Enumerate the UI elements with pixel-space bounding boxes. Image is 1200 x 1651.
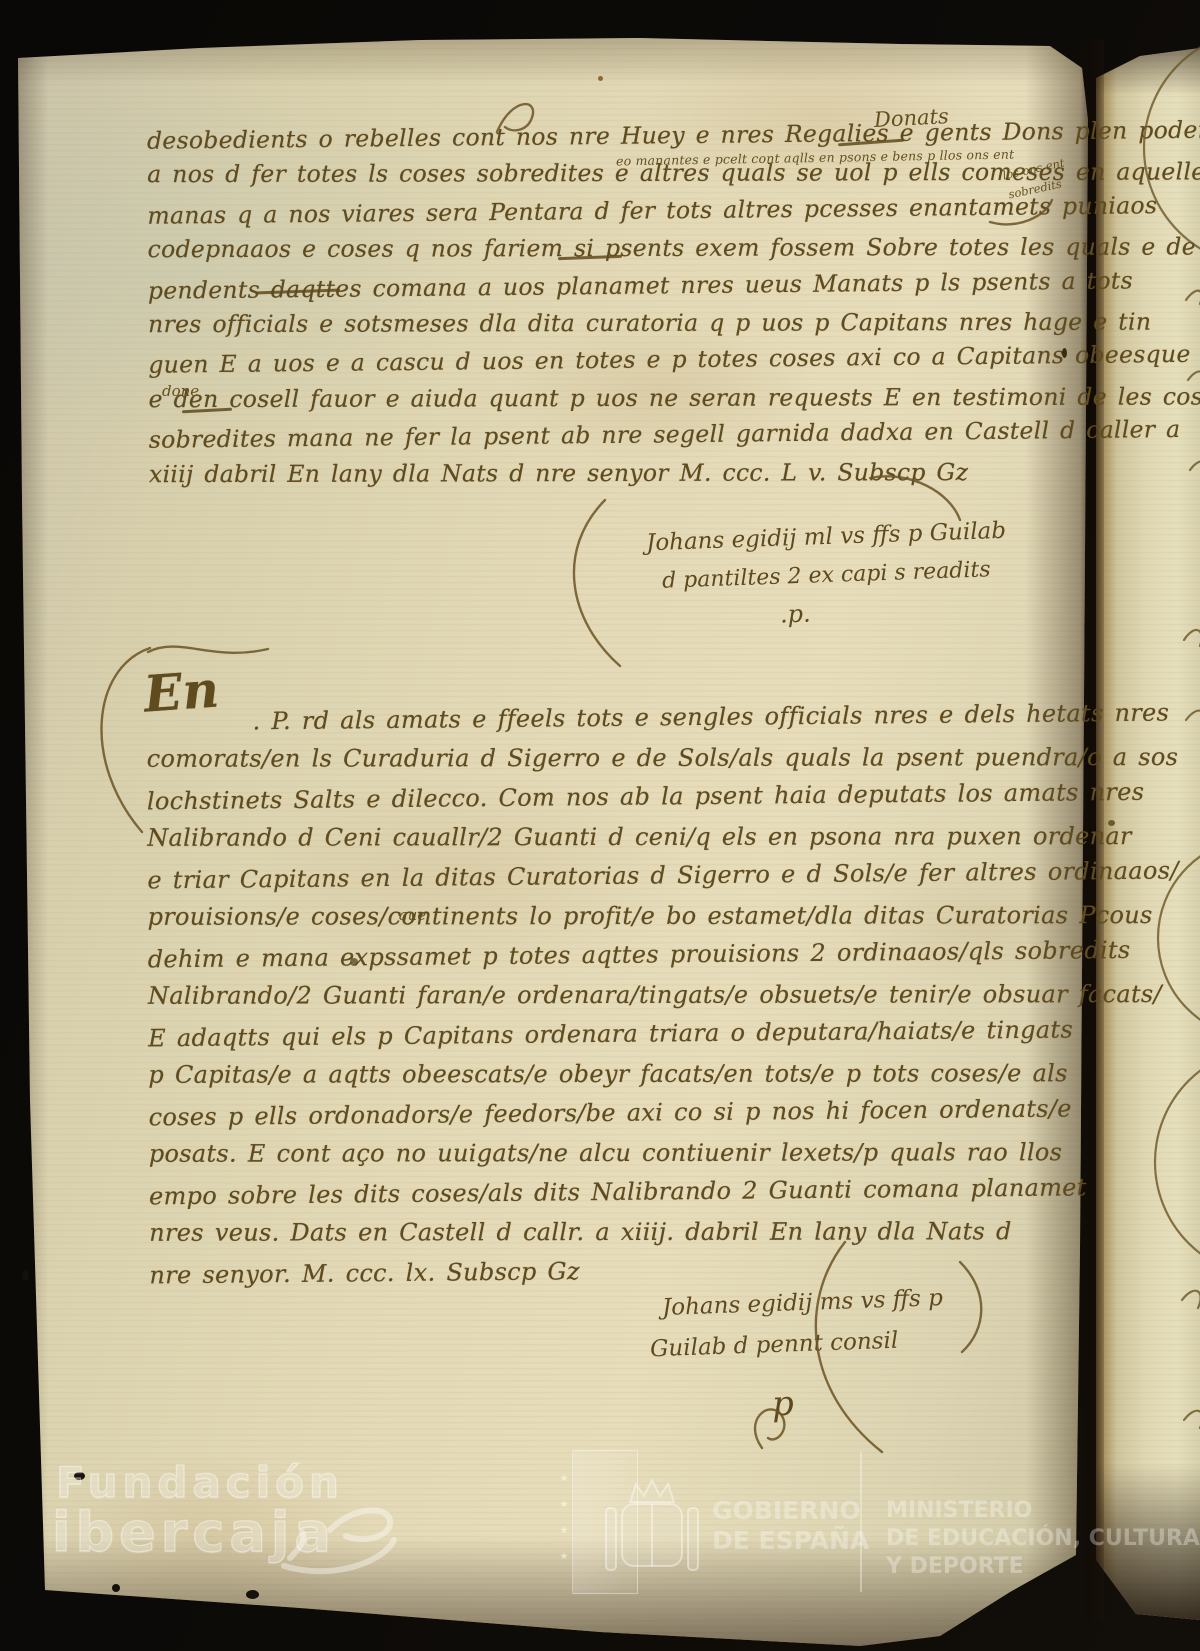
manuscript-line: E adaqtts qui els p Capitans ordenara tr…: [148, 1011, 1053, 1059]
interlinear-addition-donats: Donats: [873, 104, 949, 132]
manuscript-line: guen E a uos e a cascu d uos en totes e …: [148, 338, 1053, 385]
manuscript-line: nres officials e sotsmeses dla dita cura…: [148, 304, 1053, 344]
paragraph-2: . P. rd als amats e ffeels tots e sengle…: [146, 697, 1054, 1294]
ink-speck: [22, 1270, 29, 1281]
watermark-divider: [860, 1452, 862, 1592]
manuscript-line: coses p ells ordonadors/e feedors/be axi…: [148, 1090, 1053, 1138]
manuscript-line: comorats/en ls Curaduria d Sigerro e de …: [147, 738, 1052, 779]
manuscript-photo-scene: desobedients o rebelles cont nos nre Hue…: [0, 0, 1200, 1651]
ink-speck: [1108, 820, 1115, 826]
signature-2-paraph: p: [771, 1384, 794, 1425]
paragraph-1: desobedients o rebelles cont nos nre Hue…: [147, 115, 1054, 495]
manuscript-line: dehim e mana expssamet p totes aqttes pr…: [148, 932, 1053, 980]
ink-speck: [112, 1584, 120, 1592]
interlinear-addition-que: que: [398, 906, 426, 924]
manuscript-line: codepnaaos e coses q nos fariem si psent…: [148, 229, 1053, 269]
manuscript-line: sobredites mana ne fer la psent ab nre s…: [149, 413, 1054, 460]
ink-speck: [1062, 348, 1067, 358]
manuscript-line: e den cosell fauor e aiuda quant p uos n…: [149, 379, 1054, 419]
manuscript-line: xiiij dabril En lany dla Nats d nre seny…: [149, 453, 1054, 493]
manuscript-line: manas q a nos viares sera Pentara d fer …: [147, 188, 1052, 235]
manuscript-line: lochstinets Salts e dilecco. Com nos ab …: [147, 774, 1052, 822]
manuscript-line: pendents daqttes comana a uos planamet n…: [148, 263, 1053, 310]
manuscript-line: Nalibrando d Ceni cauallr/2 Guanti d cen…: [147, 817, 1052, 858]
manuscript-line: Nalibrando/2 Guanti faran/e ordenara/tin…: [148, 975, 1053, 1016]
interlinear-addition-done: done: [162, 382, 199, 400]
signature-1-paraph: .p.: [780, 599, 812, 628]
manuscript-line: empo sobre les dits coses/als dits Nalib…: [149, 1169, 1054, 1217]
gobierno-flag-box: [572, 1450, 638, 1594]
stain-dot: [598, 76, 603, 81]
manuscript-line: . P. rd als amats e ffeels tots e sengle…: [146, 695, 1051, 743]
manuscript-line: e triar Capitans en la ditas Curatorias …: [147, 853, 1052, 901]
manuscript-line: posats. E cont aço no uuigats/ne alcu co…: [149, 1133, 1054, 1174]
manuscript-line: nres veus. Dats en Castell d callr. a xi…: [149, 1212, 1054, 1253]
manuscript-line: prouisions/e coses/continents lo profit/…: [148, 896, 1053, 937]
manuscript-line: p Capitas/e a aqtts obeescats/e obeyr fa…: [148, 1054, 1053, 1095]
ink-speck: [74, 1472, 85, 1480]
ink-speck: [246, 1590, 259, 1599]
stain-dot: [350, 958, 358, 966]
